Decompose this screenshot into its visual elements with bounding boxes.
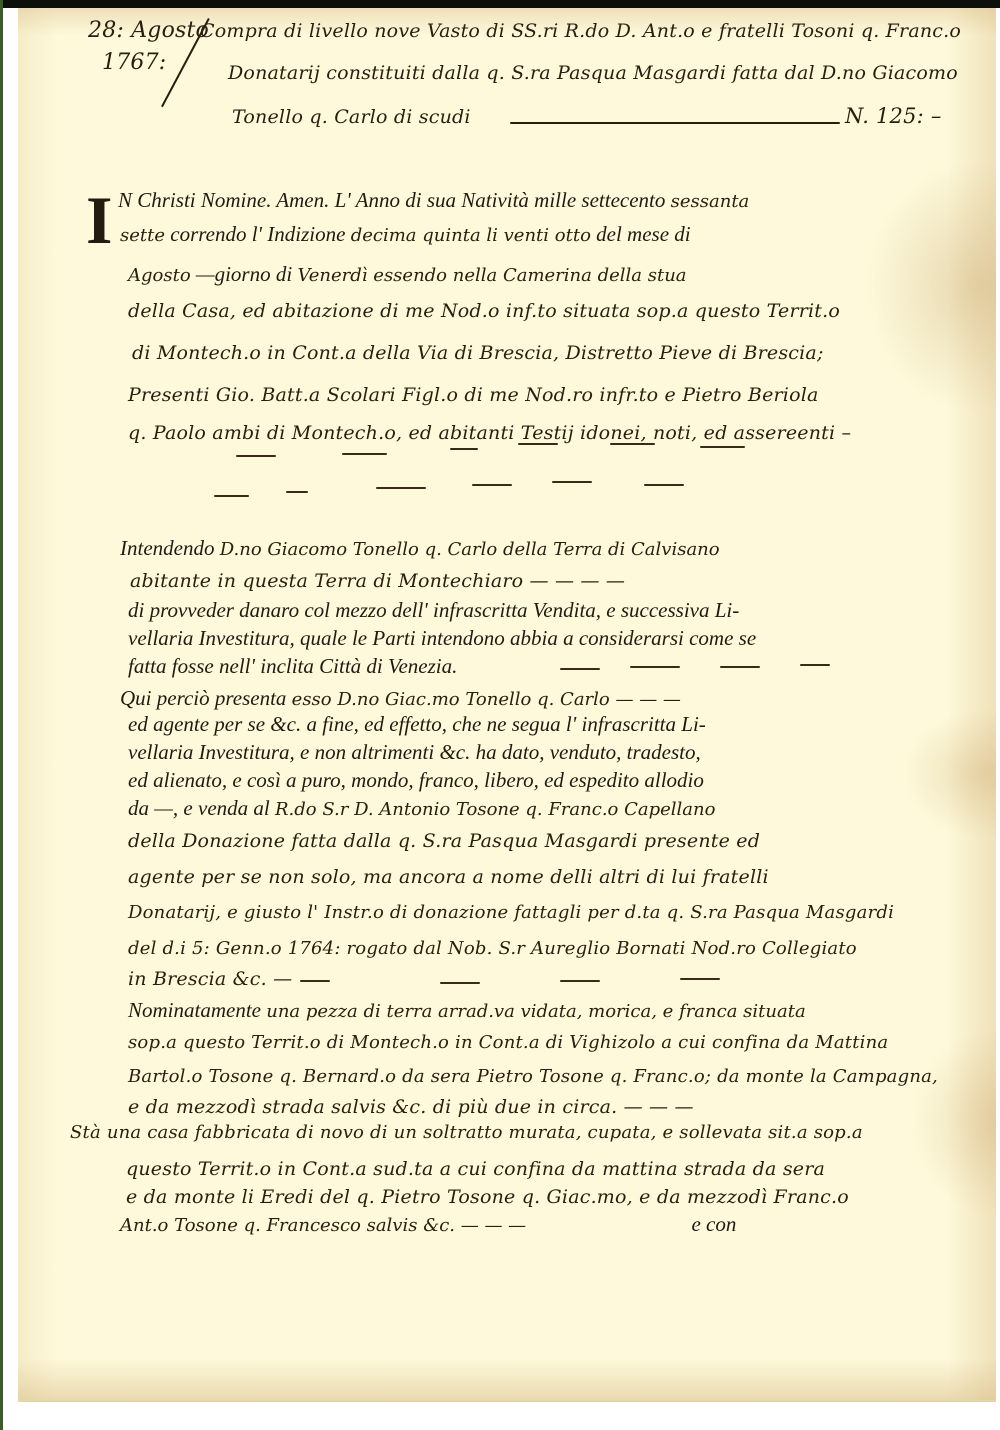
body-line-13: Qui perciò presenta esso D.no Giac.mo To… [120, 686, 681, 711]
fill-dash [236, 455, 276, 457]
body-line-15: vellaria Investitura, e non altrimenti &… [128, 740, 701, 765]
body-line-11: vellaria Investitura, quale le Parti int… [128, 626, 756, 651]
body-line-27: Stà una casa fabbricata di novo di un so… [70, 1122, 863, 1143]
drop-cap-i: I [86, 190, 112, 250]
body-line-10: di provveder danaro col mezzo dell' infr… [128, 598, 739, 623]
body-line-24: sop.a questo Territ.o di Montech.o in Co… [128, 1032, 888, 1053]
fill-dash [700, 446, 745, 448]
body-line-30: Ant.o Tosone q. Francesco salvis &c. — —… [120, 1212, 736, 1237]
body-line-16: ed alienato, e così a puro, mondo, franc… [128, 768, 704, 793]
body-line-25: Bartol.o Tosone q. Bernard.o da sera Pie… [128, 1066, 938, 1087]
heading-line-3: Tonello q. Carlo di scudi [232, 106, 471, 128]
fill-dash [286, 491, 308, 493]
fill-dash [214, 495, 249, 497]
body-line-21: del d.i 5: Genn.o 1764: rogato dal Nob. … [128, 938, 857, 959]
body-line-12: fatta fosse nell' inclita Città di Venez… [128, 654, 457, 679]
scan-left-edge [0, 0, 3, 1430]
fill-dash [300, 980, 330, 982]
body-line-20: Donatarij, e giusto l' Instr.o di donazi… [128, 902, 894, 923]
body-line-3: Agosto —giorno di Venerdì essendo nella … [128, 262, 687, 287]
body-line-6: Presenti Gio. Batt.a Scolari Figl.o di m… [128, 384, 819, 406]
fill-dash [552, 481, 592, 483]
body-line-18: della Donazione fatta dalla q. S.ra Pasq… [128, 830, 760, 852]
scan-top-edge [0, 0, 1000, 8]
body-line-1: N Christi Nomine. Amen. L' Anno di sua N… [118, 188, 749, 213]
fill-dash [720, 666, 760, 668]
body-line-26: e da mezzodì strada salvis &c. di più du… [128, 1096, 694, 1118]
fill-dash [560, 980, 600, 982]
fill-dash [630, 666, 680, 668]
body-line-19: agente per se non solo, ma ancora a nome… [128, 866, 769, 888]
body-line-17: da —, e venda al R.do S.r D. Antonio Tos… [128, 796, 715, 821]
fill-dash [680, 978, 720, 980]
heading-underline [510, 122, 840, 124]
fill-dash [342, 453, 387, 455]
fill-dash [644, 484, 684, 486]
body-line-22: in Brescia &c. — [128, 968, 292, 990]
body-line-29: e da monte li Eredi del q. Pietro Tosone… [126, 1186, 849, 1208]
fill-dash [450, 448, 478, 450]
fill-dash [472, 484, 512, 486]
body-line-14: ed agente per se &c. a fine, ed effetto,… [128, 712, 706, 737]
fill-dash [800, 664, 830, 666]
heading-line-2: Donatarij constituiti dalla q. S.ra Pasq… [228, 62, 958, 84]
body-line-2: sette correndo l' Indizione decima quint… [120, 222, 691, 247]
body-line-9: abitante in questa Terra di Montechiaro … [130, 570, 625, 592]
body-line-7: q. Paolo ambi di Montech.o, ed abitanti … [128, 422, 851, 444]
body-line-4: della Casa, ed abitazione di me Nod.o in… [128, 300, 840, 322]
fill-dash [560, 668, 600, 670]
fill-dash [376, 487, 426, 489]
body-line-5: di Montech.o in Cont.a della Via di Bres… [132, 342, 824, 364]
fill-dash [518, 443, 558, 445]
body-line-8: Intendendo D.no Giacomo Tonello q. Carlo… [120, 536, 720, 561]
body-line-28: questo Territ.o in Cont.a sud.ta a cui c… [126, 1158, 825, 1180]
heading-amount: N. 125: – [845, 104, 942, 128]
margin-date-line-1: 28: Agosto [88, 18, 209, 43]
fill-dash [610, 443, 655, 445]
fill-dash [440, 982, 480, 984]
heading-line-1: Compra di livello nove Vasto di SS.ri R.… [200, 20, 961, 42]
margin-date-line-2: 1767: [102, 50, 166, 75]
body-line-23: Nominatamente una pezza di terra arrad.v… [128, 998, 806, 1023]
